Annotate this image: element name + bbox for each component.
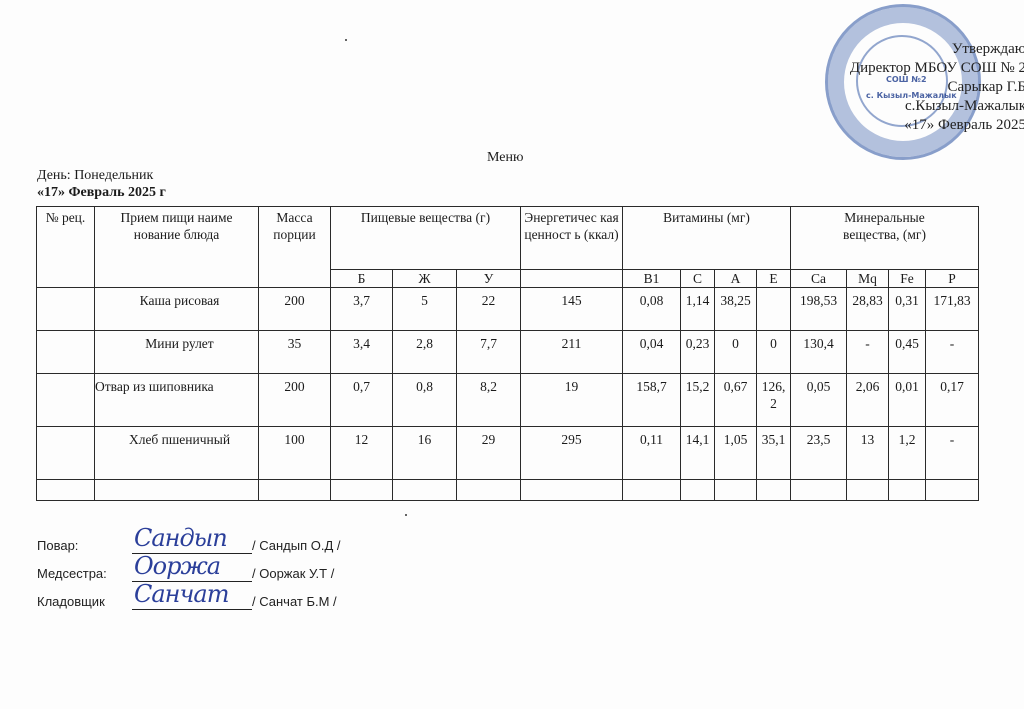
cell-ca: 0,05 (791, 374, 847, 427)
cell-c: 1,14 (681, 288, 715, 331)
cell-c: 15,2 (681, 374, 715, 427)
signature-name: / Санчат Б.М / (252, 594, 337, 609)
cell-a: 0 (715, 331, 757, 374)
subheader-energy-empty (521, 270, 623, 288)
cell-energy: 19 (521, 374, 623, 427)
cell-mq: 28,83 (847, 288, 889, 331)
cell-b: 0,7 (331, 374, 393, 427)
handwritten-signature: Санчат (134, 580, 228, 608)
speck (345, 39, 347, 41)
header-recipe-no: № рец. (37, 207, 95, 288)
cell-energy: 211 (521, 331, 623, 374)
cell-u: 7,7 (457, 331, 521, 374)
subheader-b1: B1 (623, 270, 681, 288)
menu-table: № рец. Прием пищи наиме нование блюда Ма… (36, 206, 979, 501)
cell-dish: Отвар из шиповника (95, 374, 259, 427)
cell-p: 171,83 (926, 288, 979, 331)
header-energy: Энергетичес кая ценност ь (ккал) (521, 207, 623, 270)
empty-row (37, 480, 979, 501)
subheader-b: Б (331, 270, 393, 288)
signature-role: Повар: (37, 538, 78, 553)
cell-zh: 5 (393, 288, 457, 331)
cell-ca: 198,53 (791, 288, 847, 331)
header-dish-name: Прием пищи наиме нование блюда (95, 207, 259, 288)
cell-e: 0 (757, 331, 791, 374)
header-vitamins: Витамины (мг) (623, 207, 791, 270)
handwritten-signature: Ооржа (134, 552, 220, 580)
subheader-u: У (457, 270, 521, 288)
subheader-zh: Ж (393, 270, 457, 288)
cell-ca: 23,5 (791, 427, 847, 480)
cell-b: 12 (331, 427, 393, 480)
cell-p: - (926, 331, 979, 374)
cell-mq: 2,06 (847, 374, 889, 427)
cell-b: 3,4 (331, 331, 393, 374)
header-portion: Масса порции (259, 207, 331, 288)
approval-heading: Утверждаю (796, 40, 1024, 59)
signature-role: Медсестра: (37, 566, 107, 581)
cell-energy: 295 (521, 427, 623, 480)
cell-p: - (926, 427, 979, 480)
subheader-c: C (681, 270, 715, 288)
cell-portion: 200 (259, 374, 331, 427)
signature-role: Кладовщик (37, 594, 105, 609)
table-row: Отвар из шиповника2000,70,88,219158,715,… (37, 374, 979, 427)
cell-e: 126,2 (757, 374, 791, 427)
subheader-e: E (757, 270, 791, 288)
subheader-p: P (926, 270, 979, 288)
subheader-fe: Fe (889, 270, 926, 288)
cell-u: 29 (457, 427, 521, 480)
cell-dish: Каша рисовая (95, 288, 259, 331)
speck (405, 514, 407, 516)
page-title: Меню (487, 150, 523, 166)
approval-position: Директор МБОУ СОШ № 2 (796, 59, 1024, 78)
handwritten-signature: Сандып (134, 524, 227, 552)
cell-zh: 16 (393, 427, 457, 480)
cell-recipe-no (37, 374, 95, 427)
cell-dish: Хлеб пшеничный (95, 427, 259, 480)
cell-recipe-no (37, 288, 95, 331)
day-label: День: Понедельник (37, 168, 153, 184)
cell-ca: 130,4 (791, 331, 847, 374)
cell-u: 22 (457, 288, 521, 331)
cell-dish: Мини рулет (95, 331, 259, 374)
cell-b1: 0,04 (623, 331, 681, 374)
subheader-a: A (715, 270, 757, 288)
header-row: № рец. Прием пищи наиме нование блюда Ма… (37, 207, 979, 270)
cell-zh: 0,8 (393, 374, 457, 427)
date-label: «17» Февраль 2025 г (37, 185, 166, 201)
cell-portion: 35 (259, 331, 331, 374)
approval-place: с.Кызыл-Мажалык (796, 97, 1024, 116)
cell-c: 14,1 (681, 427, 715, 480)
cell-b: 3,7 (331, 288, 393, 331)
header-minerals: Минеральные вещества, (мг) (791, 207, 979, 270)
cell-mq: 13 (847, 427, 889, 480)
signature-name: / Ооржак У.Т / (252, 566, 334, 581)
cell-fe: 1,2 (889, 427, 926, 480)
table-row: Хлеб пшеничный1001216292950,1114,11,0535… (37, 427, 979, 480)
cell-portion: 200 (259, 288, 331, 331)
approval-director: Сарыкар Г.Б (796, 78, 1024, 97)
cell-a: 0,67 (715, 374, 757, 427)
cell-a: 1,05 (715, 427, 757, 480)
approval-date: «17» Февраль 2025 (796, 116, 1024, 135)
cell-a: 38,25 (715, 288, 757, 331)
cell-recipe-no (37, 427, 95, 480)
cell-mq: - (847, 331, 889, 374)
cell-energy: 145 (521, 288, 623, 331)
cell-e (757, 288, 791, 331)
cell-portion: 100 (259, 427, 331, 480)
cell-p: 0,17 (926, 374, 979, 427)
cell-fe: 0,31 (889, 288, 926, 331)
cell-u: 8,2 (457, 374, 521, 427)
approval-block: Утверждаю Директор МБОУ СОШ № 2 Сарыкар … (796, 40, 1024, 135)
signature-name: / Сандып О.Д / (252, 538, 341, 553)
table-row: Каша рисовая2003,75221450,081,1438,25198… (37, 288, 979, 331)
cell-b1: 0,11 (623, 427, 681, 480)
cell-fe: 0,45 (889, 331, 926, 374)
cell-c: 0,23 (681, 331, 715, 374)
cell-recipe-no (37, 331, 95, 374)
cell-b1: 0,08 (623, 288, 681, 331)
subheader-ca: Ca (791, 270, 847, 288)
cell-zh: 2,8 (393, 331, 457, 374)
cell-fe: 0,01 (889, 374, 926, 427)
signature-line (132, 608, 252, 610)
cell-e: 35,1 (757, 427, 791, 480)
header-nutrients: Пищевые вещества (г) (331, 207, 521, 270)
table-row: Мини рулет353,42,87,72110,040,2300130,4-… (37, 331, 979, 374)
subheader-mq: Mq (847, 270, 889, 288)
cell-b1: 158,7 (623, 374, 681, 427)
